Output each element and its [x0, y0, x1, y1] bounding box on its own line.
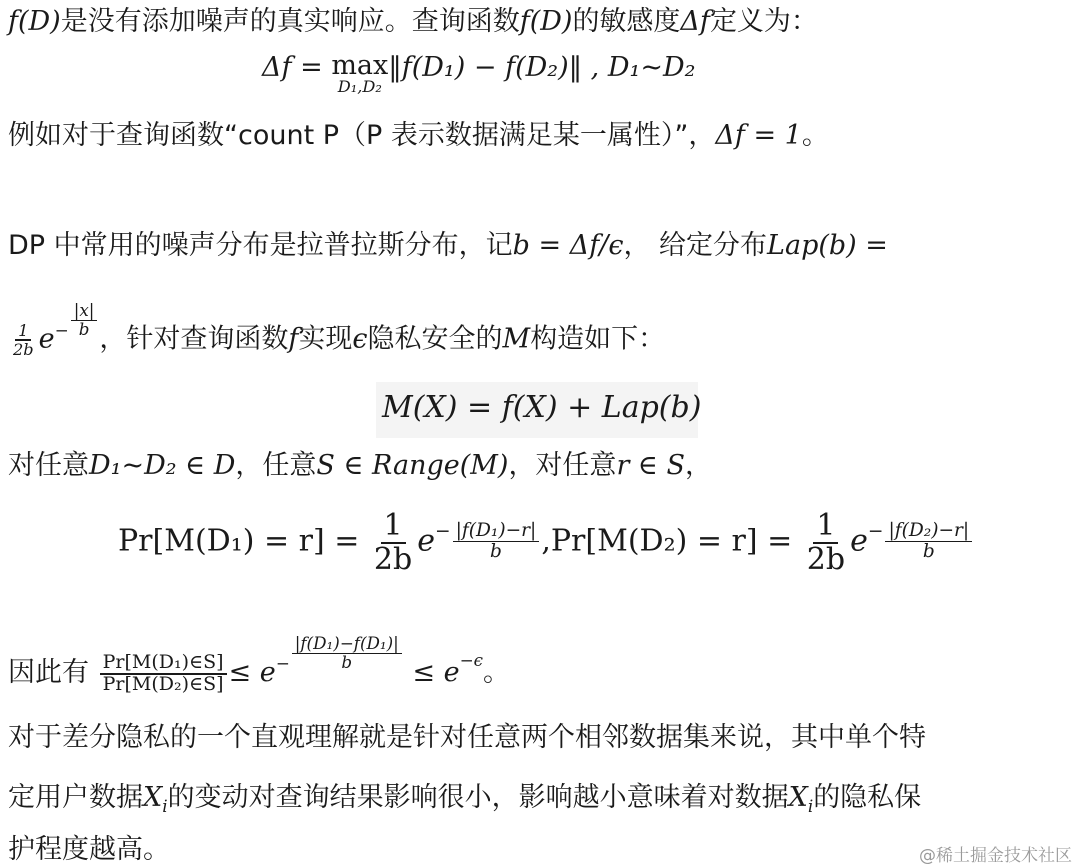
- math-delta-f-equals-1: Δf = 1: [715, 120, 801, 151]
- text: ，针对查询函数: [99, 324, 288, 355]
- text: 。: [802, 120, 829, 151]
- denominator: b: [487, 542, 505, 562]
- math-lap: Lap(b) =: [767, 230, 888, 261]
- math-fD: f(D): [8, 6, 61, 37]
- watermark: @稀土掘金技术社区: [919, 841, 1072, 866]
- numerator: 1: [15, 322, 31, 341]
- max-operator: maxD₁,D₂: [331, 52, 388, 95]
- math-fD-2: f(D): [520, 6, 573, 37]
- fraction-1-over-2b: 12b: [371, 510, 415, 575]
- denominator: Pr[M(D₂)∈S]: [100, 675, 227, 695]
- formula-body: ‖f(D₁) − f(D₂)‖ , D₁~D₂: [388, 52, 695, 83]
- paragraph-laplace-intro: DP 中常用的噪声分布是拉普拉斯分布，记b = Δf/ϵ， 给定分布Lap(b)…: [8, 226, 888, 266]
- exponent: −|f(D₁)−f(D₁)|b: [276, 635, 404, 691]
- text: 隐私安全的: [368, 324, 503, 355]
- text: ，: [685, 450, 712, 481]
- text: 是没有添加噪声的真实响应。查询函数: [61, 6, 520, 37]
- sensitivity-formula: Δf = maxD₁,D₂‖f(D₁) − f(D₂)‖ , D₁~D₂: [262, 52, 695, 95]
- exponent-2: −|f(D₂)−r|b: [868, 521, 974, 561]
- text: 对任意: [8, 450, 89, 481]
- paragraph-count-example: 例如对于查询函数“count P（P 表示数据满足某一属性）”，Δf = 1。: [8, 116, 829, 156]
- paragraph-sensitivity-intro: f(D)是没有添加噪声的真实响应。查询函数f(D)的敏感度Δf定义为：: [8, 2, 818, 42]
- max-subscript: D₁,D₂: [338, 79, 382, 95]
- math-epsilon: ϵ: [352, 324, 367, 355]
- formula-lhs: Δf: [262, 52, 292, 83]
- text: 的变动对查询结果影响很小，影响越小意味着对数据: [168, 782, 789, 813]
- exp-fraction: |x|b: [71, 302, 98, 338]
- text: 。: [483, 657, 510, 688]
- exponent-1: −|f(D₁)−r|b: [435, 521, 541, 561]
- numerator: |f(D₂)−r|: [885, 521, 972, 542]
- paragraph-intuition-line1: 对于差分隐私的一个直观理解就是针对任意两个相邻数据集来说，其中单个特: [8, 718, 926, 758]
- max-label: max: [331, 52, 388, 79]
- text: 的隐私保: [813, 782, 921, 813]
- math-X-2: X: [789, 782, 808, 813]
- text: 定用户数据: [8, 782, 143, 813]
- separator: ,: [541, 524, 551, 559]
- numerator: 1: [813, 510, 838, 544]
- numerator: Pr[M(D₁)∈S]: [100, 653, 227, 675]
- paragraph-intuition-line3: 护程度越高。: [8, 830, 170, 868]
- probability-formula: Pr[M(D₁) = r] = 12be−|f(D₁)−r|b,Pr[M(D₂)…: [118, 510, 974, 575]
- text: 的敏感度: [572, 6, 680, 37]
- math-range: S ∈ Range(M): [316, 450, 508, 481]
- math-delta-f: Δf: [680, 6, 710, 37]
- denominator: b: [76, 321, 93, 339]
- text: ， 给定分布: [623, 230, 767, 261]
- math-e: e: [39, 324, 55, 355]
- mechanism-formula: M(X) = f(X) + Lap(b): [382, 390, 701, 425]
- math-M: M: [503, 324, 531, 355]
- exponent: −|x|b: [55, 302, 100, 358]
- text: ，对任意: [508, 450, 616, 481]
- numerator: |x|: [71, 302, 98, 321]
- text: 因此有: [8, 657, 89, 688]
- text: DP 中常用的噪声分布是拉普拉斯分布，记: [8, 230, 513, 261]
- numerator: 1: [381, 510, 406, 544]
- text: 实现: [298, 324, 352, 355]
- denominator: 2b: [10, 341, 37, 358]
- minus: −: [55, 302, 69, 358]
- paragraph-laplace-density: 12be−|x|b，针对查询函数f实现ϵ隐私安全的M构造如下：: [8, 302, 665, 368]
- fraction-1-over-2b: 12b: [10, 322, 37, 358]
- text: 定义为：: [710, 6, 818, 37]
- prob-left: Pr[M(D₁) = r] =: [118, 524, 359, 559]
- ratio-fraction: Pr[M(D₁)∈S]Pr[M(D₂)∈S]: [100, 653, 227, 695]
- math-X: X: [143, 782, 162, 813]
- math-r-in-S: r ∈ S: [616, 450, 685, 481]
- denominator: b: [920, 542, 938, 562]
- text: 构造如下：: [530, 324, 665, 355]
- exp-neg-eps: −ϵ: [460, 650, 483, 670]
- denominator: 2b: [804, 544, 848, 576]
- paragraph-for-any: 对任意D₁~D₂ ∈ D，任意S ∈ Range(M)，对任意r ∈ S，: [8, 446, 712, 486]
- paragraph-therefore: 因此有 Pr[M(D₁)∈S]Pr[M(D₂)∈S]≤ e−|f(D₁)−f(D…: [8, 632, 510, 701]
- denominator: 2b: [371, 544, 415, 576]
- text: 例如对于查询函数“count P（P 表示数据满足某一属性）”，: [8, 120, 715, 151]
- paragraph-intuition-line2: 定用户数据Xi的变动对查询结果影响很小，影响越小意味着对数据Xi的隐私保: [8, 778, 921, 826]
- prob-right: Pr[M(D₂) = r] =: [551, 524, 792, 559]
- denominator: b: [338, 654, 355, 672]
- text: ，任意: [235, 450, 316, 481]
- math-b-def: b = Δf/ϵ: [513, 230, 624, 261]
- math-f: f: [288, 324, 298, 355]
- math-neighbors: D₁~D₂ ∈ D: [89, 450, 235, 481]
- leq-e: ≤ e: [229, 657, 276, 688]
- numerator: |f(D₁)−r|: [453, 521, 540, 542]
- leq-e-2: ≤ e: [412, 657, 459, 688]
- equals-sign: =: [300, 52, 323, 83]
- fraction-1-over-2b-2: 12b: [804, 510, 848, 575]
